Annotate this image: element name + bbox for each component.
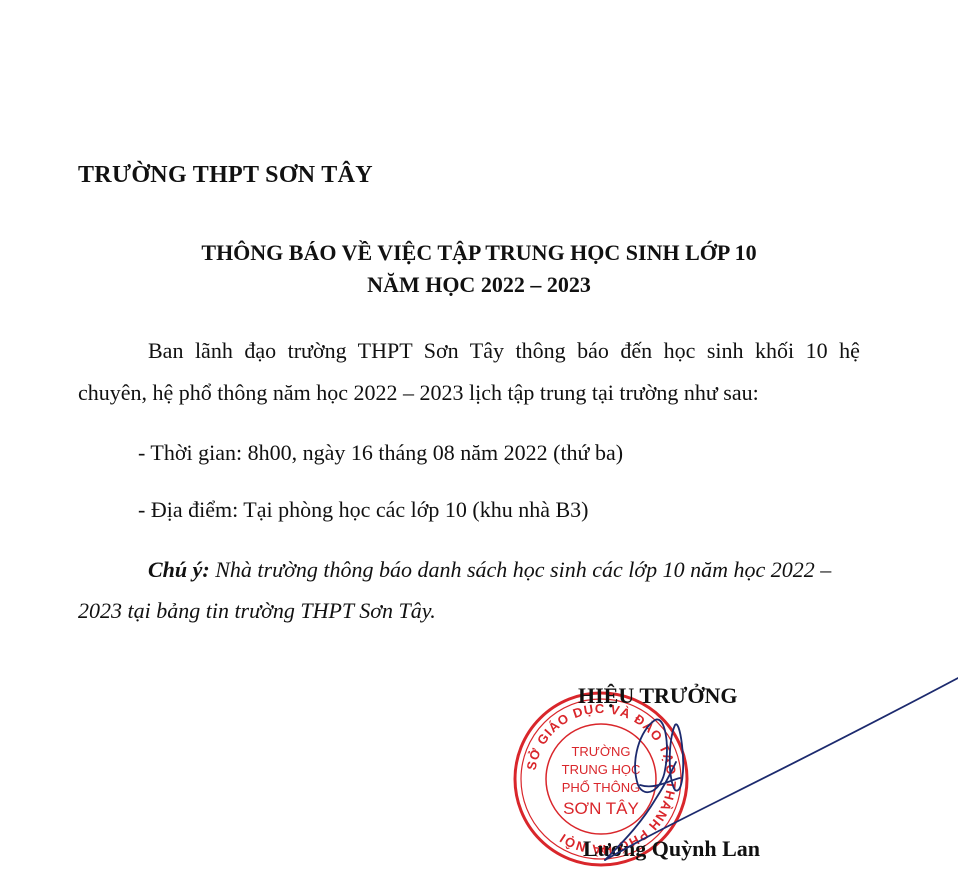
intro-paragraph-line-2: chuyên, hệ phổ thông năm học 2022 – 2023… [78, 380, 759, 406]
stamp-line-4: SƠN TÂY [563, 799, 639, 818]
note-line-2: 2023 tại bảng tin trường THPT Sơn Tây. [78, 598, 436, 624]
signature-title: HIỆU TRƯỞNG [578, 683, 738, 709]
intro-paragraph-line-1: Ban lãnh đạo trường THPT Sơn Tây thông b… [148, 338, 860, 364]
notice-subtitle: NĂM HỌC 2022 – 2023 [0, 272, 958, 298]
stamp-line-2: TRUNG HỌC [562, 762, 641, 777]
note-text: Nhà trường thông báo danh sách học sinh … [210, 557, 832, 582]
note-line-1: Chú ý: Nhà trường thông báo danh sách họ… [148, 557, 831, 583]
bullet-location: - Địa điểm: Tại phòng học các lớp 10 (kh… [138, 497, 589, 523]
stamp-line-1: TRƯỜNG [571, 744, 630, 759]
note-label: Chú ý: [148, 557, 210, 582]
notice-title: THÔNG BÁO VỀ VIỆC TẬP TRUNG HỌC SINH LỚP… [0, 240, 958, 266]
bullet-time: - Thời gian: 8h00, ngày 16 tháng 08 năm … [138, 440, 623, 466]
school-name: TRƯỜNG THPT SƠN TÂY [78, 162, 373, 189]
signer-name: Lương Quỳnh Lan [583, 836, 760, 862]
stamp-line-3: PHỔ THÔNG [562, 780, 641, 795]
